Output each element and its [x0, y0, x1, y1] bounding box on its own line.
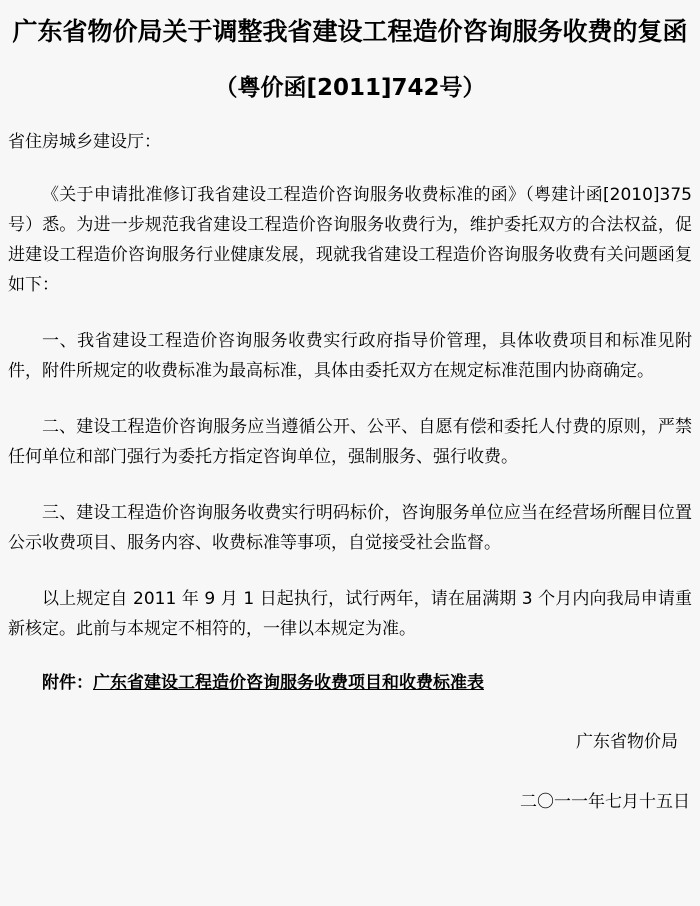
paragraph-intro: 《关于申请批准修订我省建设工程造价咨询服务收费标准的函》（粤建计函[2010]3… [8, 180, 692, 300]
attachment-label: 附件： [42, 673, 93, 693]
paragraph-item-3: 三、建设工程造价咨询服务收费实行明码标价，咨询服务单位应当在经营场所醒目位置公示… [8, 498, 692, 558]
document-number: （粤价函[2011]742号） [0, 74, 700, 102]
salutation: 省住房城乡建设厅： [8, 130, 692, 154]
document-page: 广东省物价局关于调整我省建设工程造价咨询服务收费的复函 （粤价函[2011]74… [0, 0, 700, 906]
attachment-link[interactable]: 广东省建设工程造价咨询服务收费项目和收费标准表 [93, 673, 484, 693]
paragraph-item-1: 一、我省建设工程造价咨询服务收费实行政府指导价管理，具体收费项目和标准见附件，附… [8, 326, 692, 386]
document-date: 二〇一一年七月十五日 [0, 790, 690, 814]
attachment-line: 附件：广东省建设工程造价咨询服务收费项目和收费标准表 [8, 670, 692, 696]
paragraph-item-2: 二、建设工程造价咨询服务应当遵循公开、公平、自愿有偿和委托人付费的原则，严禁任何… [8, 412, 692, 472]
paragraph-closing: 以上规定自 2011 年 9 月 1 日起执行，试行两年，请在届满期 3 个月内… [8, 584, 692, 644]
document-title: 广东省物价局关于调整我省建设工程造价咨询服务收费的复函 [6, 16, 694, 48]
signature: 广东省物价局 [0, 730, 678, 754]
